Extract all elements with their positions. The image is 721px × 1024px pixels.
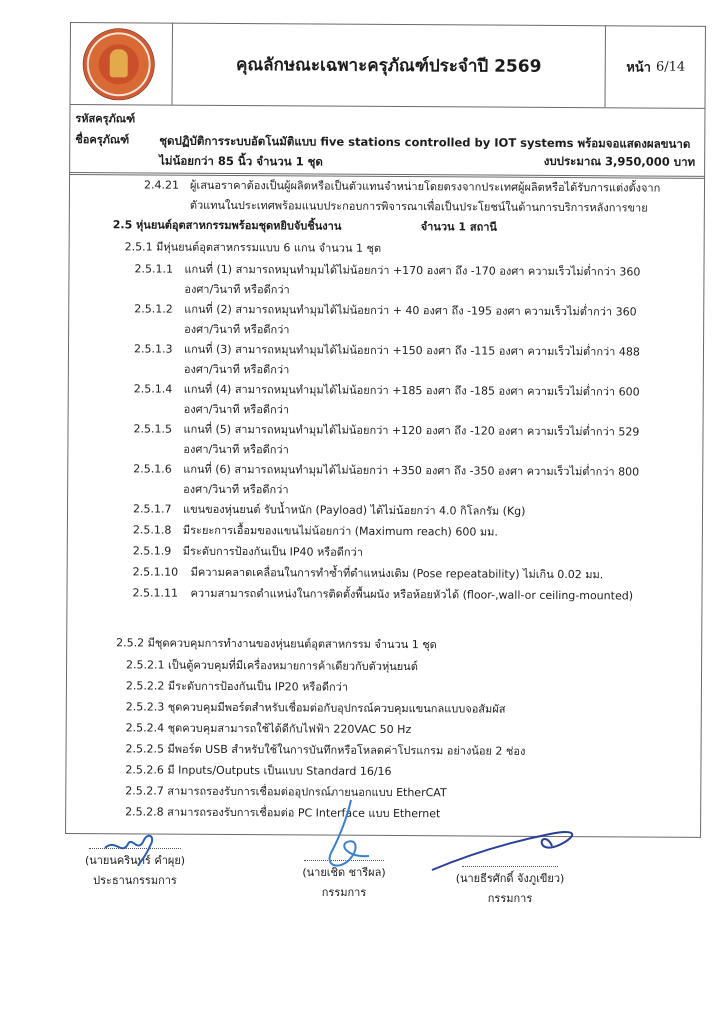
page-indicator: หน้า 6/14	[604, 25, 705, 108]
item-number: 2.4.21	[144, 175, 179, 195]
section-2-5-1: 2.5.1 มีหุ่นยนต์อุตสาหกรรมแบบ 6 แกน จำนว…	[125, 237, 382, 259]
signature-block-member-1: (นายเชิด ชารีผล) กรรมการ	[294, 860, 394, 903]
robot-spec-text: แขนของหุ่นยนต์ รับน้ำหนัก (Payload) ได้ไ…	[183, 500, 526, 522]
controller-spec-item: 2.5.2.3 ชุดควบคุมมีพอร์ตสำหรับเชื่อมต่อก…	[126, 697, 506, 719]
handwritten-signature-icon	[430, 824, 590, 874]
signer-role: กรรมการ	[294, 883, 394, 903]
item-number: 2.5.1.8	[133, 520, 172, 540]
robot-spec-text: ความสามารถตำแหน่งในการติดตั้งพื้นผนัง หร…	[190, 584, 633, 607]
controller-spec-item: 2.5.2.1 เป็นตู้ควบคุมที่มีเครื่องหมายการ…	[126, 655, 418, 677]
controller-spec-item: 2.5.2.5 มีพอร์ต USB สำหรับใช้ในการบันทึก…	[125, 739, 525, 761]
section-2-5-title: 2.5 หุ่นยนต์อุตสาหกรรมพร้อมชุดหยิบจับชิ้…	[113, 215, 342, 236]
signer-role: ประธานกรรมการ	[80, 871, 190, 891]
item-number: 2.5.1.4	[134, 379, 173, 399]
controller-spec-item: 2.5.2.6 มี Inputs/Outputs เป็นแบบ Standa…	[125, 760, 391, 782]
vocational-education-seal-icon	[84, 29, 154, 99]
header-table: คุณลักษณะเฉพาะครุภัณฑ์ประจำปี 2569 หน้า …	[69, 22, 705, 109]
robot-spec-text: มีระดับการป้องกันเป็น IP40 หรือดีกว่า	[183, 542, 363, 563]
item-number: 2.5.1.7	[133, 499, 172, 519]
item-number: 2.5.1.3	[134, 339, 173, 359]
signature-block-chairman: (นายนครินทร์ คำผุย) ประธานกรรมการ	[80, 848, 190, 891]
section-2-5-quantity: จำนวน 1 สถานี	[421, 217, 497, 237]
item-number: 2.5.1.11	[132, 583, 178, 603]
item-number: 2.5.1.10	[133, 562, 179, 582]
item-number: 2.5.1.1	[134, 259, 173, 279]
page-number: 6/14	[656, 59, 685, 74]
equipment-code-label: รหัสครุภัณฑ์	[75, 109, 135, 127]
equipment-info: รหัสครุภัณฑ์ ชื่อครุภัณฑ์ ชุดปฏิบัติการร…	[69, 104, 705, 179]
controller-spec-item: 2.5.2.2 มีระดับการป้องกันเป็น IP20 หรือด…	[126, 676, 348, 697]
document-title: คุณลักษณะเฉพาะครุภัณฑ์ประจำปี 2569	[172, 23, 604, 108]
spec-page: คุณลักษณะเฉพาะครุภัณฑ์ประจำปี 2569 หน้า …	[65, 22, 706, 838]
robot-spec-text: มีระยะการเอื้อมของแขนไม่น้อยกว่า (Maximu…	[183, 521, 498, 543]
handwritten-signature-icon	[100, 826, 160, 866]
signer-role: กรรมการ	[450, 889, 570, 909]
item-number: 2.5.1.9	[133, 541, 172, 561]
robot-spec-text: มีความคลาดเคลื่อนในการทำซ้ำที่ตำแหน่งเดิ…	[191, 563, 604, 586]
page-label: หน้า	[626, 56, 651, 77]
section-2-5-2: 2.5.2 มีชุดควบคุมการทำงานของหุ่นยนต์อุตส…	[116, 633, 437, 655]
controller-spec-item: 2.5.2.4 ชุดควบคุมสามารถใช้ได้ดีกับไฟฟ้า …	[126, 718, 412, 740]
handwritten-signature-icon	[309, 798, 379, 873]
equipment-name-label: ชื่อครุภัณฑ์	[75, 130, 129, 148]
controller-spec-item: 2.5.2.7 สามารถรองรับการเชื่อมต่ออุปกรณ์ภ…	[125, 781, 447, 803]
signature-block-member-2: (นายธีรศักดิ์ จังภูเขียว) กรรมการ	[450, 866, 570, 909]
item-number: 2.5.1.5	[133, 419, 172, 439]
budget-amount: งบประมาณ 3,950,000 บาท	[544, 153, 695, 172]
logo-cell	[69, 22, 172, 105]
controller-spec-item: 2.5.2.8 สามารถรองรับการเชื่อมต่อ PC Inte…	[125, 802, 440, 824]
item-number: 2.5.1.2	[134, 299, 173, 319]
item-number: 2.5.1.6	[133, 459, 172, 479]
